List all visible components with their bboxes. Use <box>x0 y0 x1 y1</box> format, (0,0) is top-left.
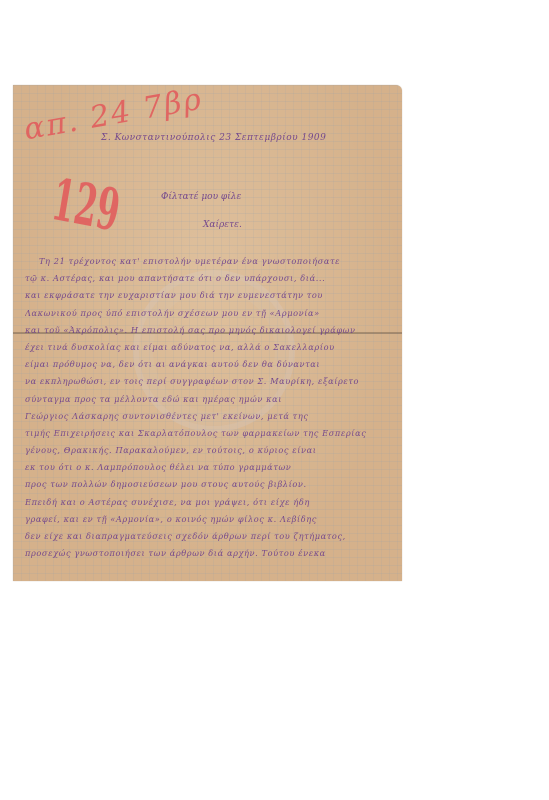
body-line: και εκφράσατε την ευχαριστίαν μου διά τη… <box>25 287 400 304</box>
body-line: γένους, Θρακικής. Παρακαλούμεν, εν τούτο… <box>25 442 400 459</box>
letter-body: Τη 21 τρέχοντος κατ' επιστολήν υμετέραν … <box>25 253 400 562</box>
body-line: και τοῦ «Ἀκρόπολις». Η επιστολή σας προ … <box>25 322 400 339</box>
body-line: να εκπληρωθώσι, εν τοις περί συγγραφέων … <box>25 373 400 390</box>
body-line: εκ του ότι ο κ. Λαμπρόπουλος θέλει να τύ… <box>25 459 400 476</box>
salutation-line-1: Φίλτατέ μου φίλε <box>161 192 241 202</box>
salutation-line-2: Χαίρετε. <box>203 220 242 230</box>
body-line: προσεχώς γνωστοποιήσει των άρθρων διά αρ… <box>25 545 400 562</box>
letter-page: απ. 24 7βρ 129 Σ. Κωνσταντινούπολις 23 Σ… <box>13 85 402 581</box>
red-folio-number: 129 <box>51 165 121 245</box>
body-line: Τη 21 τρέχοντος κατ' επιστολήν υμετέραν … <box>25 253 400 270</box>
body-line: γραφεί, και εν τῇ «Αρμονία», ο κοινός ημ… <box>25 511 400 528</box>
body-line: είμαι πρόθυμος να, δεν ότι αι ανάγκαι αυ… <box>25 356 400 373</box>
body-line: τιμής Επιχειρήσεις και Σκαρλατόπουλος τω… <box>25 425 400 442</box>
body-line: έχει τινά δυσκολίας και είμαι αδύνατος ν… <box>25 339 400 356</box>
body-line: δεν είχε και διαπραγματεύσεις σχεδόν άρθ… <box>25 528 400 545</box>
body-line: σύνταγμα προς τα μέλλοντα εδώ και ημέρας… <box>25 391 400 408</box>
body-line: Επειδή και ο Αστέρας συνέχισε, να μοι γρ… <box>25 494 400 511</box>
body-line: τῷ κ. Αστέρας, και μου απαντήσατε ότι ο … <box>25 270 400 287</box>
body-line: Γεώργιος Λάσκαρης συντονισθέντες μετ' εκ… <box>25 408 400 425</box>
body-line: προς των πολλών δημοσιεύσεων μου στους α… <box>25 476 400 493</box>
letter-date-line: Σ. Κωνσταντινούπολις 23 Σεπτεμβρίου 1909 <box>101 133 326 143</box>
body-line: Λακωνικού προς ύπό επιστολήν σχέσεων μου… <box>25 305 400 322</box>
